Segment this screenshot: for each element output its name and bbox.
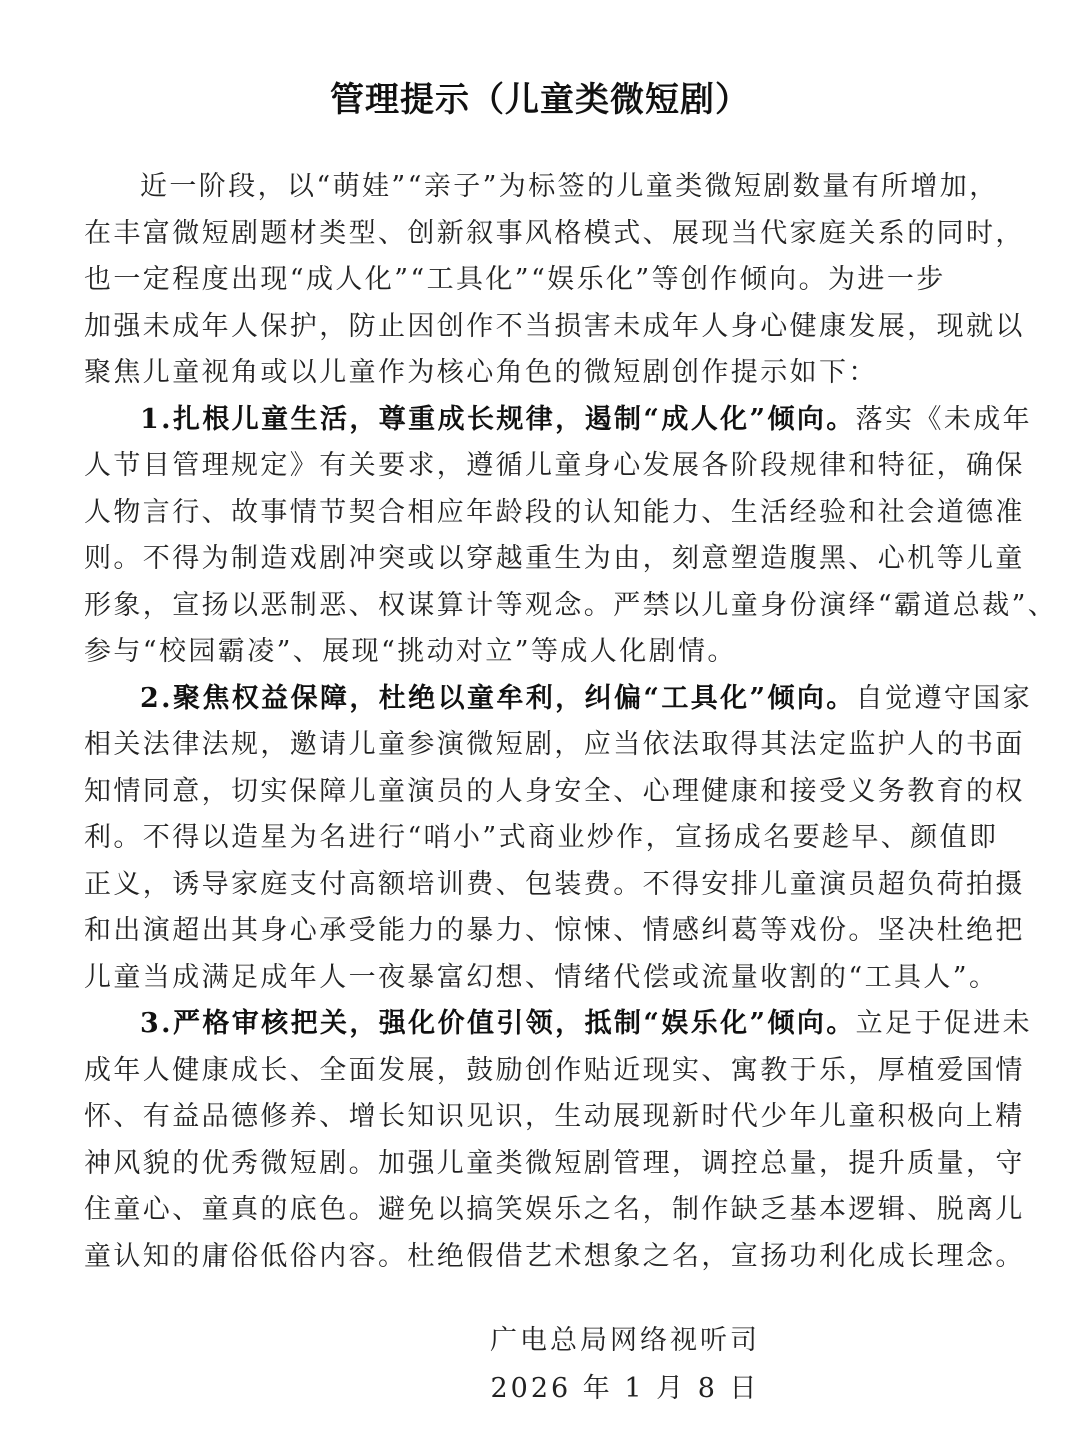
section-line: 正义，诱导家庭支付高额培训费、包装费。不得安排儿童演员超负荷拍摄	[84, 862, 984, 909]
section-1-heading: 1.扎根儿童生活，尊重成长规律，遏制“成人化”倾向。	[140, 404, 856, 435]
section-3-first-line: 3.严格审核把关，强化价值引领，抵制“娱乐化”倾向。立足于促进未	[84, 1001, 984, 1048]
section-1-first-line: 1.扎根儿童生活，尊重成长规律，遏制“成人化”倾向。落实《未成年	[84, 397, 984, 444]
section-line: 住童心、童真的底色。避免以搞笑娱乐之名，制作缺乏基本逻辑、脱离儿	[84, 1187, 984, 1234]
section-line: 相关法律法规，邀请儿童参演微短剧，应当依法取得其法定监护人的书面	[84, 722, 984, 769]
section-line: 成年人健康成长、全面发展，鼓励创作贴近现实、寓教于乐，厚植爱国情	[84, 1048, 984, 1095]
section-line: 形象，宣扬以恶制恶、权谋算计等观念。严禁以儿童身份演绎“霸道总裁”、	[84, 583, 984, 630]
section-line: 参与“校园霸凌”、展现“挑动对立”等成人化剧情。	[84, 629, 984, 676]
page-title: 管理提示（儿童类微短剧）	[0, 72, 1080, 121]
section-2-heading: 2.聚焦权益保障，杜绝以童牟利，纠偏“工具化”倾向。	[140, 683, 856, 714]
section-line: 人节目管理规定》有关要求，遵循儿童身心发展各阶段规律和特征，确保	[84, 443, 984, 490]
intro-line: 也一定程度出现“成人化”“工具化”“娱乐化”等创作倾向。为进一步	[84, 257, 984, 304]
section-3-tail: 立足于促进未	[856, 1008, 1032, 1039]
intro-line: 在丰富微短剧题材类型、创新叙事风格模式、展现当代家庭关系的同时，	[84, 211, 984, 258]
document-body: 近一阶段，以“萌娃”“亲子”为标签的儿童类微短剧数量有所增加， 在丰富微短剧题材…	[84, 164, 984, 1280]
section-line: 童认知的庸俗低俗内容。杜绝假借艺术想象之名，宣扬功利化成长理念。	[84, 1234, 984, 1281]
intro-line: 聚焦儿童视角或以儿童作为核心角色的微短剧创作提示如下：	[84, 350, 984, 397]
section-line: 怀、有益品德修养、增长知识见识，生动展现新时代少年儿童积极向上精	[84, 1094, 984, 1141]
section-2-tail: 自觉遵守国家	[856, 683, 1032, 714]
intro-line: 近一阶段，以“萌娃”“亲子”为标签的儿童类微短剧数量有所增加，	[84, 164, 984, 211]
section-2-first-line: 2.聚焦权益保障，杜绝以童牟利，纠偏“工具化”倾向。自觉遵守国家	[84, 676, 984, 723]
section-1-tail: 落实《未成年	[856, 404, 1032, 435]
signature-org: 广电总局网络视听司	[0, 1318, 1080, 1357]
section-line: 人物言行、故事情节契合相应年龄段的认知能力、生活经验和社会道德准	[84, 490, 984, 537]
section-line: 利。不得以造星为名进行“哨小”式商业炒作，宣扬成名要趁早、颜值即	[84, 815, 984, 862]
section-line: 则。不得为制造戏剧冲突或以穿越重生为由，刻意塑造腹黑、心机等儿童	[84, 536, 984, 583]
section-line: 神风貌的优秀微短剧。加强儿童类微短剧管理，调控总量，提升质量，守	[84, 1141, 984, 1188]
section-line: 知情同意，切实保障儿童演员的人身安全、心理健康和接受义务教育的权	[84, 769, 984, 816]
intro-line: 加强未成年人保护，防止因创作不当损害未成年人身心健康发展，现就以	[84, 304, 984, 351]
section-line: 和出演超出其身心承受能力的暴力、惊悚、情感纠葛等戏份。坚决杜绝把	[84, 908, 984, 955]
signature-date: 2026 年 1 月 8 日	[0, 1366, 1080, 1405]
section-3-heading: 3.严格审核把关，强化价值引领，抵制“娱乐化”倾向。	[140, 1008, 856, 1039]
section-line: 儿童当成满足成年人一夜暴富幻想、情绪代偿或流量收割的“工具人”。	[84, 955, 984, 1002]
